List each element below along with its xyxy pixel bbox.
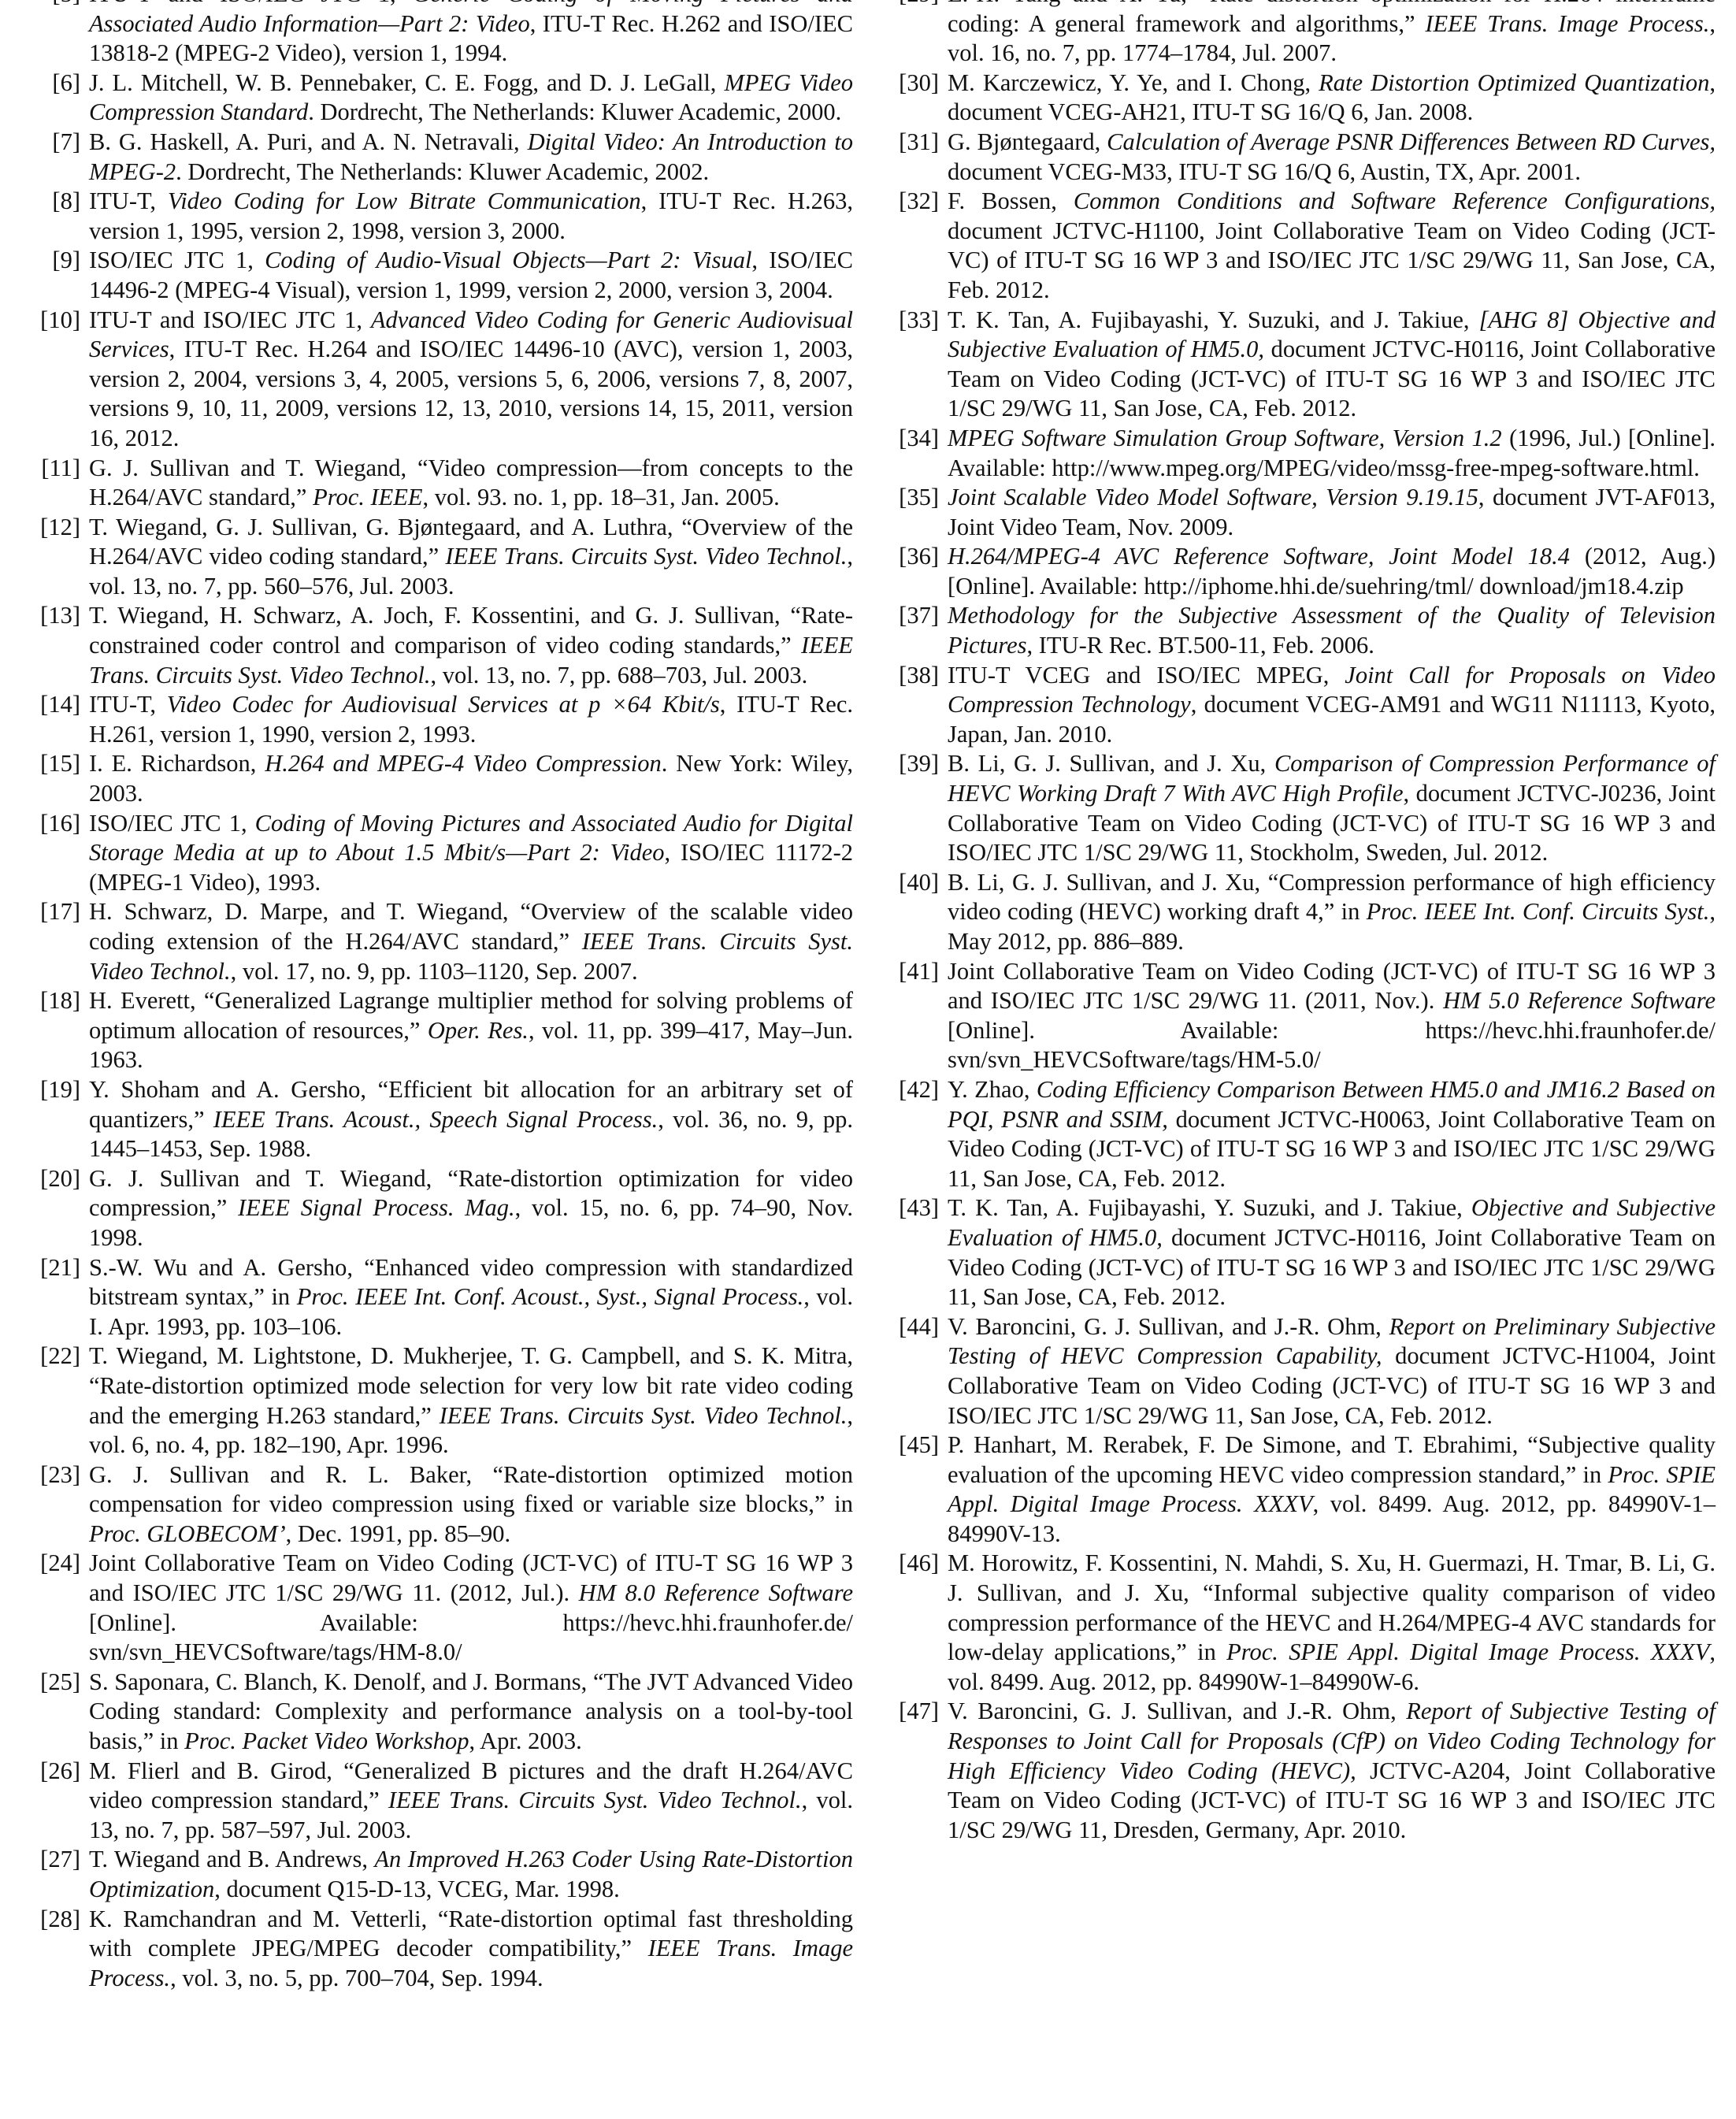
reference-text-segment: ITU-T VCEG and ISO/IEC MPEG, <box>948 662 1345 688</box>
reference-title-italic: Proc. IEEE Int. Conf. Circuits Syst. <box>1367 898 1710 925</box>
reference-entry: [41]Joint Collaborative Team on Video Co… <box>888 957 1716 1075</box>
reference-title-italic: Proc. SPIE Appl. Digital Image Process. … <box>1226 1638 1709 1665</box>
reference-number: [10] <box>30 306 80 336</box>
reference-text: F. Bossen, Common Conditions and Softwar… <box>948 187 1716 303</box>
reference-entry: [23]G. J. Sullivan and R. L. Baker, “Rat… <box>30 1460 853 1549</box>
reference-text: ISO/IEC JTC 1, Coding of Audio-Visual Ob… <box>89 247 853 303</box>
reference-number: [36] <box>888 542 939 572</box>
reference-number: [20] <box>30 1164 80 1194</box>
reference-number: [9] <box>30 246 80 276</box>
reference-entry: [44]V. Baroncini, G. J. Sullivan, and J.… <box>888 1312 1716 1431</box>
reference-entry: [47]V. Baroncini, G. J. Sullivan, and J.… <box>888 1697 1716 1845</box>
reference-entry: [45]P. Hanhart, M. Rerabek, F. De Simone… <box>888 1431 1716 1549</box>
reference-entry: [28]K. Ramchandran and M. Vetterli, “Rat… <box>30 1905 853 1994</box>
reference-entry: [43]T. K. Tan, A. Fujibayashi, Y. Suzuki… <box>888 1193 1716 1312</box>
reference-text: V. Baroncini, G. J. Sullivan, and J.-R. … <box>948 1313 1716 1429</box>
reference-entry: [34]MPEG Software Simulation Group Softw… <box>888 424 1716 483</box>
reference-text: T. K. Tan, A. Fujibayashi, Y. Suzuki, an… <box>948 1194 1716 1310</box>
reference-text: V. Baroncini, G. J. Sullivan, and J.-R. … <box>948 1698 1716 1843</box>
reference-number: [8] <box>30 187 80 217</box>
reference-text: M. Karczewicz, Y. Ye, and I. Chong, Rate… <box>948 69 1716 126</box>
reference-number: [37] <box>888 601 939 631</box>
reference-text-segment: I. E. Richardson, <box>89 750 265 777</box>
reference-text-segment: T. K. Tan, A. Fujibayashi, Y. Suzuki, an… <box>948 1194 1471 1221</box>
reference-text: Joint Scalable Video Model Software, Ver… <box>948 484 1716 540</box>
reference-text-segment: document JCTVC-H1100, Joint Collaborativ… <box>948 217 1716 303</box>
reference-text-segment: , vol. 93. no. 1, pp. 18–31, Jan. 2005. <box>423 484 780 510</box>
reference-text: B. Li, G. J. Sullivan, and J. Xu, “Compr… <box>948 869 1716 955</box>
reference-entry: [15]I. E. Richardson, H.264 and MPEG-4 V… <box>30 749 853 808</box>
reference-number: [29] <box>888 0 939 9</box>
reference-title-italic: Coding of Audio-Visual Objects—Part 2: V… <box>265 247 751 273</box>
reference-title-italic: HM 8.0 Reference Software <box>579 1579 853 1606</box>
reference-number: [12] <box>30 513 80 543</box>
reference-entry: [11]G. J. Sullivan and T. Wiegand, “Vide… <box>30 454 853 513</box>
reference-number: [35] <box>888 483 939 513</box>
reference-title-italic: IEEE Signal Process. Mag. <box>238 1194 515 1221</box>
reference-entry: [16]ISO/IEC JTC 1, Coding of Moving Pict… <box>30 809 853 898</box>
reference-title-italic: MPEG Software Simulation Group Software,… <box>948 425 1502 451</box>
reference-text: B. G. Haskell, A. Puri, and A. N. Netrav… <box>89 128 853 185</box>
reference-entry: [31]G. Bjøntegaard, Calculation of Avera… <box>888 128 1716 187</box>
reference-entry: [20]G. J. Sullivan and T. Wiegand, “Rate… <box>30 1164 853 1253</box>
reference-text: S.-W. Wu and A. Gersho, “Enhanced video … <box>89 1254 853 1340</box>
reference-entry: [35]Joint Scalable Video Model Software,… <box>888 483 1716 542</box>
reference-entry: [29]E.-H. Yang and X. Yu, “Rate distorti… <box>888 0 1716 69</box>
reference-number: [40] <box>888 868 939 898</box>
reference-text: T. K. Tan, A. Fujibayashi, Y. Suzuki, an… <box>948 306 1716 422</box>
reference-number: [46] <box>888 1549 939 1579</box>
reference-text: ITU-T and ISO/IEC JTC 1, Generic Coding … <box>89 0 853 66</box>
reference-title-italic: IEEE Trans. Circuits Syst. Video Technol… <box>445 543 847 570</box>
reference-number: [14] <box>30 690 80 720</box>
reference-number: [28] <box>30 1905 80 1935</box>
reference-text-segment: , vol. 17, no. 9, pp. 1103–1120, Sep. 20… <box>231 958 638 985</box>
reference-title-italic: IEEE Trans. Circuits Syst. Video Technol… <box>440 1402 848 1429</box>
reference-number: [42] <box>888 1075 939 1105</box>
reference-number: [7] <box>30 128 80 158</box>
reference-text-segment: T. Wiegand, H. Schwarz, A. Joch, F. Koss… <box>89 602 853 659</box>
reference-title-italic: H.264 and MPEG-4 Video Compression <box>265 750 662 777</box>
reference-entry: [36]H.264/MPEG-4 AVC Reference Software,… <box>888 542 1716 601</box>
reference-number: [34] <box>888 424 939 454</box>
reference-text-segment: B. Li, G. J. Sullivan, and J. Xu, <box>948 750 1274 777</box>
reference-entry: [33]T. K. Tan, A. Fujibayashi, Y. Suzuki… <box>888 306 1716 424</box>
reference-text: M. Flierl and B. Girod, “Generalized B p… <box>89 1757 853 1843</box>
reference-number: [15] <box>30 749 80 779</box>
reference-title-italic: IEEE Trans. Circuits Syst. Video Technol… <box>388 1787 802 1813</box>
reference-text: Joint Collaborative Team on Video Coding… <box>948 958 1716 1074</box>
reference-text-segment: V. Baroncini, G. J. Sullivan, and J.-R. … <box>948 1313 1389 1340</box>
reference-number: [43] <box>888 1193 939 1223</box>
reference-text-segment: T. K. Tan, A. Fujibayashi, Y. Suzuki, an… <box>948 306 1479 333</box>
reference-text: E.-H. Yang and X. Yu, “Rate distortion o… <box>948 0 1716 66</box>
reference-text-segment: , vol. 3, no. 5, pp. 700–704, Sep. 1994. <box>170 1965 543 1991</box>
reference-text-segment: V. Baroncini, G. J. Sullivan, and J.-R. … <box>948 1698 1406 1724</box>
reference-text: G. Bjøntegaard, Calculation of Average P… <box>948 128 1716 185</box>
reference-text: H. Schwarz, D. Marpe, and T. Wiegand, “O… <box>89 898 853 984</box>
reference-text: M. Horowitz, F. Kossentini, N. Mahdi, S.… <box>948 1549 1716 1694</box>
reference-entry: [17]H. Schwarz, D. Marpe, and T. Wiegand… <box>30 897 853 986</box>
reference-title-italic: Proc. Packet Video Workshop <box>184 1727 469 1754</box>
reference-text: G. J. Sullivan and T. Wiegand, “Video co… <box>89 455 853 511</box>
reference-number: [26] <box>30 1757 80 1787</box>
reference-title-italic: HM 5.0 Reference Software <box>1443 987 1716 1014</box>
reference-title-italic: Proc. IEEE Int. Conf. Acoust., Syst., Si… <box>297 1283 803 1310</box>
reference-number: [27] <box>30 1845 80 1875</box>
reference-entry: [39]B. Li, G. J. Sullivan, and J. Xu, Co… <box>888 749 1716 867</box>
reference-number: [30] <box>888 69 939 98</box>
reference-text: ITU-T, Video Codec for Audiovisual Servi… <box>89 691 853 748</box>
reference-text: T. Wiegand and B. Andrews, An Improved H… <box>89 1846 853 1902</box>
reference-entry: [7]B. G. Haskell, A. Puri, and A. N. Net… <box>30 128 853 187</box>
reference-number: [41] <box>888 957 939 987</box>
reference-text: T. Wiegand, G. J. Sullivan, G. Bjøntegaa… <box>89 514 853 599</box>
reference-number: [16] <box>30 809 80 839</box>
reference-text: ISO/IEC JTC 1, Coding of Moving Pictures… <box>89 810 853 896</box>
reference-number: [13] <box>30 601 80 631</box>
reference-text: I. E. Richardson, H.264 and MPEG-4 Video… <box>89 750 853 807</box>
reference-title-italic: Video Coding for Low Bitrate Communicati… <box>168 187 641 214</box>
reference-text-segment: ISO/IEC JTC 1, <box>89 810 255 837</box>
reference-number: [21] <box>30 1253 80 1283</box>
reference-text-segment: [Online]. Available: https://hevc.hhi.fr… <box>89 1609 853 1666</box>
reference-entry: [18]H. Everett, “Generalized Lagrange mu… <box>30 986 853 1075</box>
reference-entry: [12]T. Wiegand, G. J. Sullivan, G. Bjønt… <box>30 513 853 602</box>
reference-entry: [22]T. Wiegand, M. Lightstone, D. Mukher… <box>30 1342 853 1460</box>
reference-number: [19] <box>30 1075 80 1105</box>
reference-entry: [26]M. Flierl and B. Girod, “Generalized… <box>30 1757 853 1846</box>
reference-title-italic: Video Codec for Audiovisual Services at … <box>167 691 720 718</box>
reference-entry: [21]S.-W. Wu and A. Gersho, “Enhanced vi… <box>30 1253 853 1342</box>
references-right-column: [29]E.-H. Yang and X. Yu, “Rate distorti… <box>888 0 1716 1845</box>
reference-text-segment: T. Wiegand and B. Andrews, <box>89 1846 374 1872</box>
reference-title-italic: H.264/MPEG-4 AVC Reference Software, Joi… <box>948 543 1570 570</box>
reference-entry: [27]T. Wiegand and B. Andrews, An Improv… <box>30 1845 853 1904</box>
reference-entry: [10]ITU-T and ISO/IEC JTC 1, Advanced Vi… <box>30 306 853 454</box>
reference-text-segment: , ITU-T Rec. H.264 and ISO/IEC 14496-10 … <box>89 336 853 451</box>
reference-title-italic: Oper. Res. <box>428 1017 529 1044</box>
reference-text: Y. Shoham and A. Gersho, “Efficient bit … <box>89 1076 853 1162</box>
reference-number: [23] <box>30 1460 80 1490</box>
reference-entry: [32]F. Bossen, Common Conditions and Sof… <box>888 187 1716 305</box>
reference-text: T. Wiegand, M. Lightstone, D. Mukherjee,… <box>89 1342 853 1458</box>
reference-entry: [40]B. Li, G. J. Sullivan, and J. Xu, “C… <box>888 868 1716 957</box>
reference-entry: [19]Y. Shoham and A. Gersho, “Efficient … <box>30 1075 853 1164</box>
reference-number: [24] <box>30 1549 80 1579</box>
reference-text-segment: ITU-T, <box>89 691 167 718</box>
reference-text: G. J. Sullivan and T. Wiegand, “Rate-dis… <box>89 1165 853 1251</box>
reference-text: H. Everett, “Generalized Lagrange multip… <box>89 987 853 1073</box>
reference-text: Joint Collaborative Team on Video Coding… <box>89 1549 853 1665</box>
reference-text-segment: , Apr. 2003. <box>469 1727 582 1754</box>
reference-title-italic: IEEE Trans. Acoust., Speech Signal Proce… <box>213 1106 658 1133</box>
reference-text: P. Hanhart, M. Rerabek, F. De Simone, an… <box>948 1431 1716 1547</box>
reference-text-segment: [Online]. Available: https://hevc.hhi.fr… <box>948 1017 1716 1074</box>
reference-title-italic: Proc. GLOBECOM’ <box>89 1520 286 1547</box>
reference-text-segment: M. Karczewicz, Y. Ye, and I. Chong, <box>948 69 1319 96</box>
reference-number: [39] <box>888 749 939 779</box>
reference-text: B. Li, G. J. Sullivan, and J. Xu, Compar… <box>948 750 1716 866</box>
reference-text-segment: . Dordrecht, The Netherlands: Kluwer Aca… <box>308 98 841 125</box>
reference-text-segment: ISO/IEC JTC 1, <box>89 247 265 273</box>
reference-text: ITU-T and ISO/IEC JTC 1, Advanced Video … <box>89 306 853 451</box>
reference-text-segment: , document Q15-D-13, VCEG, Mar. 1998. <box>214 1876 620 1902</box>
reference-number: [32] <box>888 187 939 217</box>
reference-entry: [9]ISO/IEC JTC 1, Coding of Audio-Visual… <box>30 246 853 305</box>
reference-text: G. J. Sullivan and R. L. Baker, “Rate-di… <box>89 1461 853 1547</box>
reference-entry: [13]T. Wiegand, H. Schwarz, A. Joch, F. … <box>30 601 853 690</box>
reference-text: MPEG Software Simulation Group Software,… <box>948 425 1716 481</box>
reference-title-italic: IEEE Trans. Image Process. <box>1425 10 1709 37</box>
reference-title-italic: Joint Scalable Video Model Software, Ver… <box>948 484 1478 510</box>
reference-text-segment: ITU-T and ISO/IEC JTC 1, <box>89 0 413 7</box>
reference-text: J. L. Mitchell, W. B. Pennebaker, C. E. … <box>89 69 853 126</box>
reference-text-segment: document VCEG-M33, ITU-T SG 16/Q 6, Aust… <box>948 158 1581 185</box>
reference-entry: [6]J. L. Mitchell, W. B. Pennebaker, C. … <box>30 69 853 128</box>
reference-text-segment: G. Bjøntegaard, <box>948 128 1107 155</box>
reference-text: S. Saponara, C. Blanch, K. Denolf, and J… <box>89 1668 853 1754</box>
reference-text-segment: . Dordrecht, The Netherlands: Kluwer Aca… <box>176 158 709 185</box>
reference-text-segment: P. Hanhart, M. Rerabek, F. De Simone, an… <box>948 1431 1716 1488</box>
reference-number: [38] <box>888 661 939 691</box>
reference-number: [11] <box>30 454 80 484</box>
reference-text-segment: ITU-T, <box>89 187 168 214</box>
reference-entry: [30]M. Karczewicz, Y. Ye, and I. Chong, … <box>888 69 1716 128</box>
reference-text: Methodology for the Subjective Assessmen… <box>948 602 1716 659</box>
reference-text: Y. Zhao, Coding Efficiency Comparison Be… <box>948 1076 1716 1192</box>
reference-number: [25] <box>30 1668 80 1698</box>
reference-number: [33] <box>888 306 939 336</box>
reference-number: [18] <box>30 986 80 1016</box>
reference-entry: [38]ITU-T VCEG and ISO/IEC MPEG, Joint C… <box>888 661 1716 750</box>
references-left-column: [5]ITU-T and ISO/IEC JTC 1, Generic Codi… <box>30 0 853 1993</box>
reference-entry: [25]S. Saponara, C. Blanch, K. Denolf, a… <box>30 1668 853 1757</box>
reference-number: [45] <box>888 1431 939 1460</box>
reference-entry: [5]ITU-T and ISO/IEC JTC 1, Generic Codi… <box>30 0 853 69</box>
reference-entry: [14]ITU-T, Video Codec for Audiovisual S… <box>30 690 853 749</box>
reference-text-segment: , Dec. 1991, pp. 85–90. <box>286 1520 510 1547</box>
reference-title-italic: Common Conditions and Software Reference… <box>1074 187 1716 214</box>
reference-title-italic: Calculation of Average PSNR Differences … <box>1107 128 1716 155</box>
reference-entry: [37]Methodology for the Subjective Asses… <box>888 601 1716 660</box>
reference-text: K. Ramchandran and M. Vetterli, “Rate-di… <box>89 1906 853 1991</box>
reference-text: H.264/MPEG-4 AVC Reference Software, Joi… <box>948 543 1716 599</box>
reference-entry: [42]Y. Zhao, Coding Efficiency Compariso… <box>888 1075 1716 1193</box>
reference-entry: [24]Joint Collaborative Team on Video Co… <box>30 1549 853 1667</box>
reference-text: T. Wiegand, H. Schwarz, A. Joch, F. Koss… <box>89 602 853 688</box>
reference-number: [6] <box>30 69 80 98</box>
reference-title-italic: Rate Distortion Optimized Quan­tization <box>1319 69 1709 96</box>
reference-number: [22] <box>30 1342 80 1371</box>
reference-text-segment: Y. Zhao, <box>948 1076 1037 1103</box>
reference-number: [31] <box>888 128 939 158</box>
reference-text: ITU-T VCEG and ISO/IEC MPEG, Joint Call … <box>948 662 1716 748</box>
reference-number: [44] <box>888 1312 939 1342</box>
reference-entry: [8]ITU-T, Video Coding for Low Bitrate C… <box>30 187 853 246</box>
reference-text: ITU-T, Video Coding for Low Bitrate Comm… <box>89 187 853 244</box>
reference-text-segment: , vol. 13, no. 7, pp. 688–703, Jul. 2003… <box>431 662 808 688</box>
reference-text-segment: F. Bossen, <box>948 187 1074 214</box>
reference-text-segment: ITU-T and ISO/IEC JTC 1, <box>89 306 371 333</box>
reference-number: [47] <box>888 1697 939 1727</box>
reference-number: [17] <box>30 897 80 927</box>
reference-text-segment: , ITU-R Rec. BT.500-11, Feb. 2006. <box>1027 632 1374 659</box>
reference-text-segment: J. L. Mitchell, W. B. Pennebaker, C. E. … <box>89 69 724 96</box>
reference-text-segment: B. G. Haskell, A. Puri, and A. N. Netrav… <box>89 128 528 155</box>
reference-title-italic: Proc. IEEE <box>313 484 422 510</box>
reference-number: [5] <box>30 0 80 9</box>
reference-text-segment: G. J. Sullivan and R. L. Baker, “Rate-di… <box>89 1461 853 1518</box>
reference-entry: [46]M. Horowitz, F. Kossentini, N. Mahdi… <box>888 1549 1716 1697</box>
